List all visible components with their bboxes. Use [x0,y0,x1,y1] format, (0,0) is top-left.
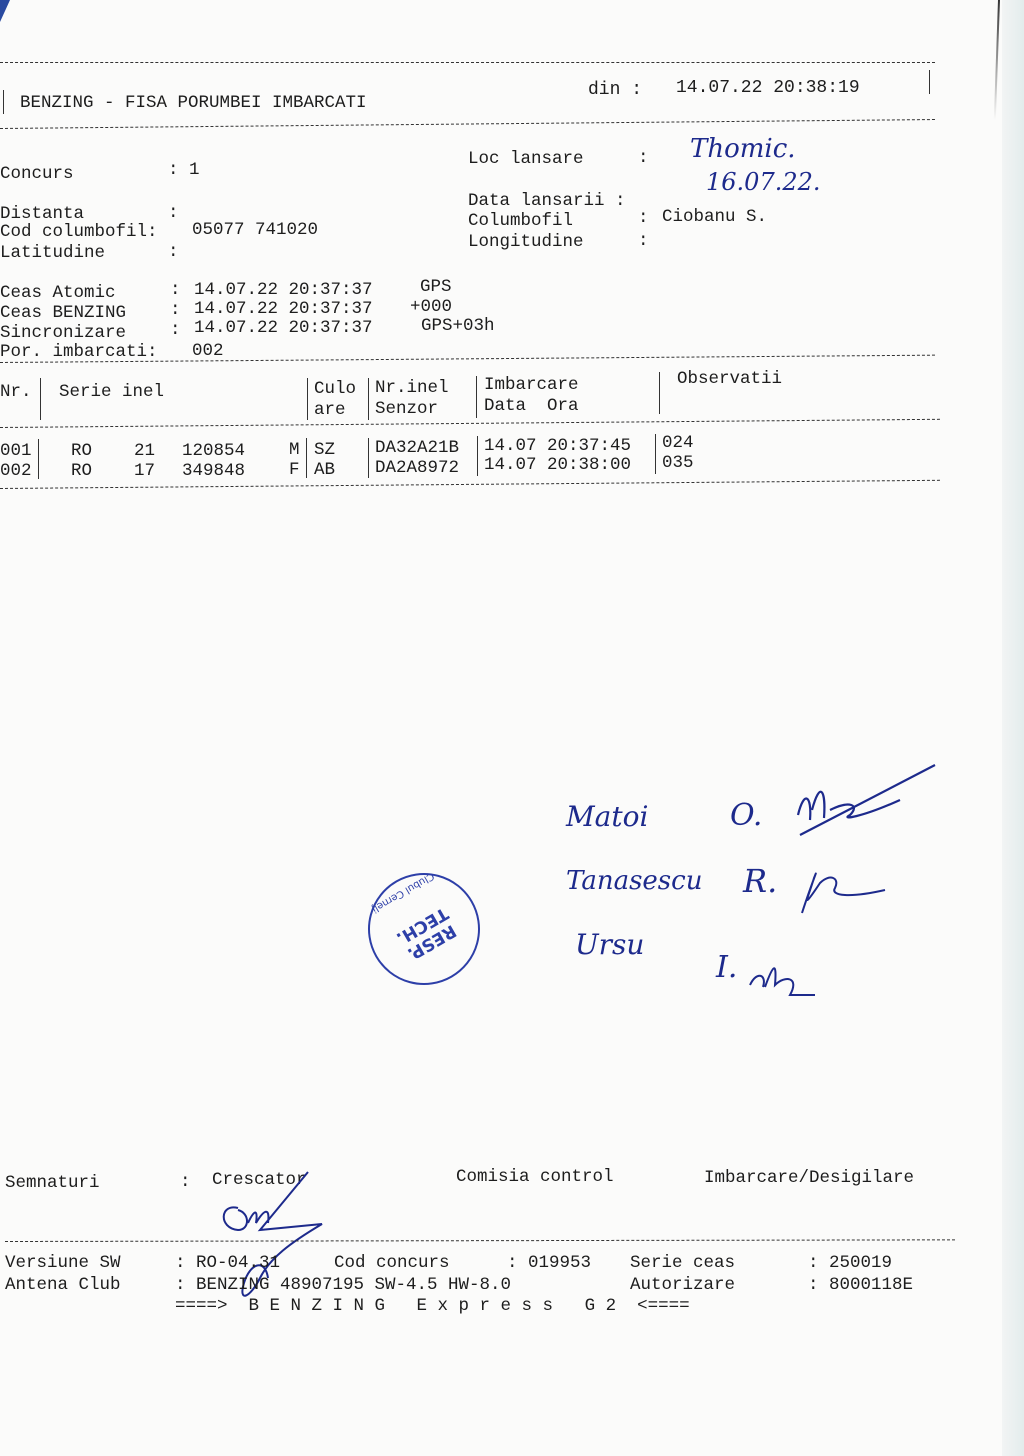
scan-corner-mark [0,0,10,22]
header-left-bar [3,90,4,114]
signature-initial: R. [743,862,777,900]
header-timestamp: 14.07.22 20:38:19 [676,78,860,98]
col-culoare-header-1: Culo [314,379,356,399]
signature-name: Matoi [566,800,648,833]
cell-observatii: 024 [662,433,694,453]
col-separator [306,438,307,458]
page-edge [1002,0,1024,1456]
divider [5,1239,955,1242]
autorizare-value: : 8000118E [808,1275,913,1295]
antena-club-label: Antena Club [5,1275,121,1295]
columbofil-label: Columbofil [468,211,573,231]
serie-ceas-label: Serie ceas [630,1253,735,1273]
col-separator [659,372,660,414]
clock-suffix: GPS+03h [421,316,495,336]
header-din-label: din : [588,80,642,100]
concurs-value: : 1 [168,160,200,180]
col-observatii-header: Observatii [677,369,782,389]
signature-scribble [790,858,900,918]
por-imbarcati-label: Por. imbarcati: [0,342,158,362]
clock-value: 14.07.22 20:37:37 [194,299,373,319]
col-separator [40,378,41,420]
col-serie-inel-header: Serie inel [59,382,164,402]
semnaturi-label: Semnaturi [5,1173,100,1193]
col-separator [307,378,308,420]
col-imbarcare-header-2: Data Ora [484,396,579,416]
distanta-colon: : [168,203,179,223]
antena-club-value: : BENZING 48907195 SW-4.5 HW-8.0 [175,1275,511,1295]
col-separator [477,456,478,476]
handwritten-loc-lansare: Thomic. [690,134,796,164]
col-culoare-header-2: are [314,400,346,420]
versiune-sw-label: Versiune SW [5,1253,121,1273]
col-separator [306,458,307,478]
divider [0,62,935,63]
cod-columbofil-value: 05077 741020 [192,220,318,240]
semnaturi-colon: : [180,1172,191,1192]
clock-colon: : [170,280,181,300]
versiune-sw-value: : RO-04.31 [175,1253,280,1273]
col-separator [655,434,656,454]
signature-scribble [790,760,940,840]
col-nr-header: Nr. [0,382,32,402]
cell-an: 21 [134,441,155,461]
cell-senzor: DA32A21B [375,438,459,458]
cell-sex: F [289,460,300,480]
longitudine-colon: : [638,231,649,251]
col-imbarcare-header-1: Imbarcare [484,375,579,395]
benzing-express-banner: ====> B E N Z I N G E x p r e s s G 2 <=… [175,1296,690,1316]
distanta-label: Distanta [0,204,84,224]
signature-name: Tanasescu [566,866,702,896]
cell-observatii: 035 [662,453,694,473]
columbofil-colon: : [638,208,649,228]
imbarcare-desigilare-label: Imbarcare/Desigilare [704,1168,914,1188]
concurs-label: Concurs [0,164,74,184]
clock-suffix: +000 [410,297,452,317]
cell-tara: RO [71,461,92,481]
clock-label: Ceas Atomic [0,283,116,303]
cell-culoare: SZ [314,440,335,460]
cod-concurs-label: Cod concurs [334,1253,450,1273]
col-separator [368,378,369,420]
cell-nr: 001 [0,441,32,461]
divider [0,119,935,129]
cell-senzor: DA2A8972 [375,458,459,478]
signature-initial: O. [730,798,762,833]
comisia-control-label: Comisia control [456,1167,614,1187]
col-separator [477,436,478,456]
col-nr-inel-header-1: Nr.inel [375,378,449,398]
col-separator [655,454,656,474]
clock-label: Sincronizare [0,323,126,343]
document-title: BENZING - FISA PORUMBEI IMBARCATI [20,93,367,113]
clock-suffix: GPS [420,277,452,297]
cell-nr: 002 [0,461,32,481]
columbofil-value: Ciobanu S. [662,207,767,227]
cell-an: 17 [134,461,155,481]
longitudine-label: Longitudine [468,232,584,252]
col-separator [38,459,39,479]
data-lansarii-label: Data lansarii : [468,191,626,211]
col-separator [38,439,39,459]
clock-value: 14.07.22 20:37:37 [194,280,373,300]
signature-scribble [745,955,825,1005]
cell-data-ora: 14.07 20:38:00 [484,455,631,475]
latitudine-label: Latitudine [0,243,105,263]
loc-lansare-colon: : [638,148,649,168]
signature-name: Ursu [575,928,644,961]
autorizare-label: Autorizare [630,1275,735,1295]
cell-tara: RO [71,441,92,461]
cod-columbofil-label: Cod columbofil: [0,222,158,242]
resp-tech-stamp: RESP. TECH. Clubul Cernelj [348,853,501,1006]
divider [0,480,940,489]
col-separator [368,458,369,478]
clock-colon: : [170,300,181,320]
signature-initial: I. [716,950,737,985]
col-separator [476,376,477,418]
cell-culoare: AB [314,460,335,480]
cell-inel: 349848 [182,461,245,481]
col-separator [368,438,369,458]
divider [0,419,940,428]
col-nr-inel-header-2: Senzor [375,399,438,419]
cod-concurs-value: : 019953 [507,1253,591,1273]
clock-label: Ceas BENZING [0,303,126,323]
cell-sex: M [289,440,300,460]
clock-value: 14.07.22 20:37:37 [194,318,373,338]
clock-colon: : [170,320,181,340]
serie-ceas-value: : 250019 [808,1253,892,1273]
cell-inel: 120854 [182,441,245,461]
header-right-bar [929,70,930,94]
por-imbarcati-value: 002 [192,341,224,361]
cell-data-ora: 14.07 20:37:45 [484,436,631,456]
latitudine-colon: : [168,242,179,262]
handwritten-data-lansarii: 16.07.22. [706,168,821,196]
page-edge-line [994,0,1000,120]
loc-lansare-label: Loc lansare [468,149,584,169]
